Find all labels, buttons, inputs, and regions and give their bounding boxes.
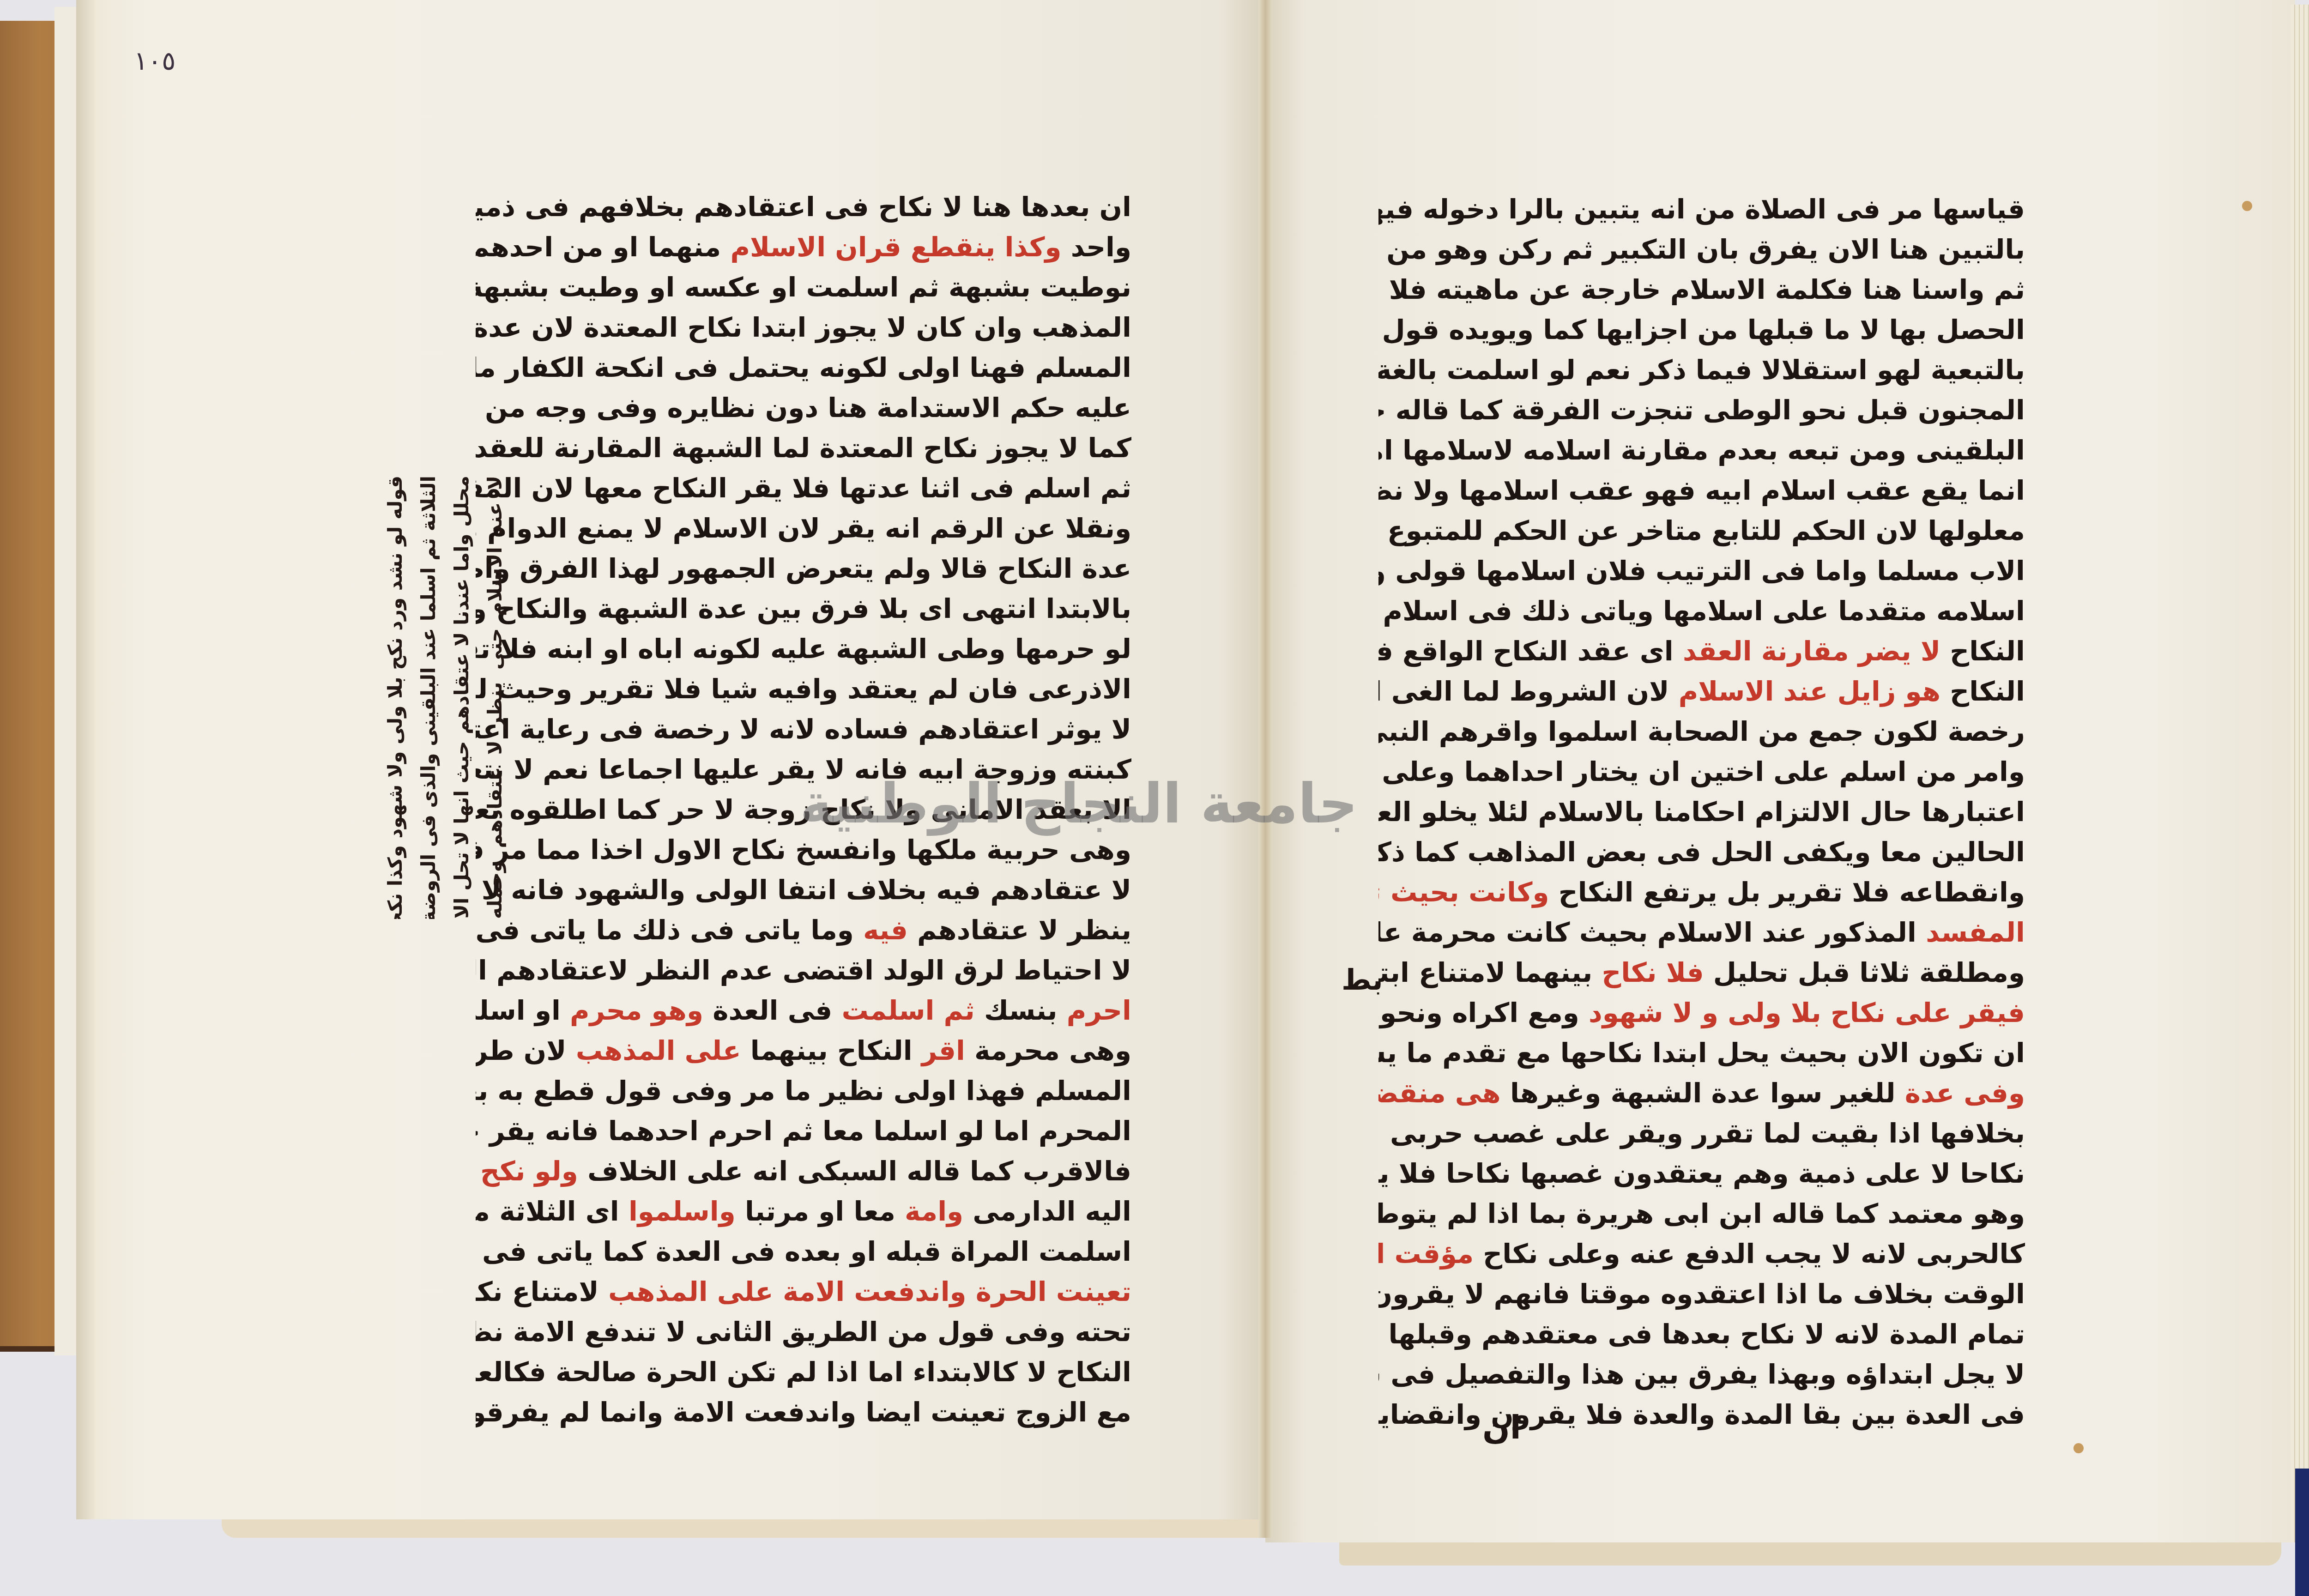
margin-note-line: محلل واما عندنا لا عتقادهم حيث انها لا ت…: [445, 476, 478, 919]
rubric-text: فيه: [863, 914, 908, 946]
margin-note-line: لا عند الاسلام حتى ينظر لا عتقادهم وحمله: [478, 476, 512, 919]
manuscript-line: تعينت الحرة واندفعت الامة على المذهب لام…: [476, 1272, 1131, 1312]
body-text: منهما او من احدهما: [476, 231, 730, 263]
body-text: وهو معتمد كما قاله ابن ابى هريرة بما اذا…: [1378, 1198, 2025, 1229]
manuscript-line: اسلامه متقدما على اسلامها وياتى ذلك فى ا…: [1378, 591, 2025, 631]
body-text: كالحربى لانه لا يجب الدفع عنه وعلى نكاح: [1474, 1238, 2025, 1270]
body-text: المجنون قبل نحو الوطى تنجزت الفرقة كما ق…: [1378, 394, 2025, 426]
body-text: وامر من اسلم على اختين ان يختار احداهما …: [1378, 756, 2025, 787]
margin-mark: بط: [1342, 963, 1383, 997]
body-text: لا عتقادهم فيه بخلاف انتفا الولى والشهود…: [476, 874, 1131, 906]
manuscript-line: اسلمت المراة قبله او بعده فى العدة كما ي…: [476, 1232, 1131, 1272]
book-stand: [2295, 1469, 2309, 1596]
manuscript-line: اليه الدارمى وامة معا او مرتبا واسلموا ا…: [476, 1191, 1131, 1232]
body-text: البلقينى ومن تبعه بعدم مقارنة اسلامه لاس…: [1378, 435, 2025, 466]
body-text: ينظر لا عتقادهم: [908, 914, 1131, 946]
rubric-text: لا شهود: [1589, 997, 1692, 1028]
body-text: فالاقرب كما قاله السبكى انه على الخلاف: [578, 1155, 1131, 1187]
body-text: اى عقد النكاح الواقع فى الكفر: [1378, 635, 1683, 667]
body-text: ان بعدها هنا لا نكاح فى اعتقادهم بخلافهم…: [476, 191, 1131, 223]
manuscript-line: الوقت بخلاف ما اذا اعتقدوه موقتا فانهم ل…: [1378, 1274, 2025, 1314]
body-text: الاذرعى فان لم يعتقد وافيه شيا فلا تقرير…: [476, 673, 1131, 705]
body-text: [1692, 997, 1702, 1028]
rubric-text: وامة: [905, 1196, 963, 1227]
manuscript-line: ونقلا عن الرقم انه يقر لان الاسلام لا يم…: [476, 508, 1131, 549]
manuscript-line: النكاح هو زايل عند الاسلام لان الشروط لم…: [1378, 671, 2025, 712]
manuscript-line: المسلم فهنا اولى لكونه يحتمل فى انكحة ال…: [476, 348, 1131, 388]
manuscript-line: انما يقع عقب اسلام ابيه فهو عقب اسلامها …: [1378, 471, 2025, 511]
body-text: للغير سوا عدة الشبهة وغيرها: [1501, 1077, 1905, 1109]
body-text: نوطيت بشبهة ثم اسلمت او عكسه او وطيت بشب…: [476, 272, 1131, 303]
right-fore-edge: [2291, 5, 2309, 1542]
body-text: النكاح: [1940, 676, 2025, 707]
body-text: لا يوثر اعتقادهم فساده لانه لا رخصة فى ر…: [476, 713, 1131, 745]
body-text: واحد: [1062, 231, 1131, 263]
body-text: لو حرمها وطى الشبهة عليه لكونه اباه او ا…: [476, 633, 1131, 665]
manuscript-line: تمام المدة لانه لا نكاح بعدها فى معتقدهم…: [1378, 1314, 2025, 1354]
rubric-text: فيقر على نكاح بلا ولى و: [1702, 997, 2025, 1028]
rubric-text: هى منقضية عند الاسلام: [1378, 1077, 1501, 1109]
body-text: ونقلا عن الرقم انه يقر لان الاسلام لا يم…: [476, 513, 1131, 544]
left-page-outer-edge: [76, 0, 95, 1519]
body-text: الحصل بها لا ما قبلها من اجزايها كما ويو…: [1378, 314, 2025, 345]
body-text: النكاح: [1940, 635, 2025, 667]
rubric-text: وفى عدة: [1905, 1077, 2025, 1109]
manuscript-line: المفسد المذكور عند الاسلام بحيث كانت محر…: [1378, 913, 2025, 953]
manuscript-line: عليه حكم الاستدامة هنا دون نظايره وفى وج…: [476, 388, 1131, 428]
body-text: اليه الدارمى: [963, 1196, 1131, 1227]
manuscript-line: المجنون قبل نحو الوطى تنجزت الفرقة كما ق…: [1378, 390, 2025, 430]
body-text: عدة النكاح قالا ولم يتعرض الجمهور لهذا ا…: [476, 553, 1131, 584]
manuscript-line: الحالين معا ويكفى الحل فى بعض المذاهب كم…: [1378, 832, 2025, 872]
body-text: بالتبين هنا الان يفرق بان التكبير ثم ركن…: [1378, 234, 2025, 265]
rubric-text: فلا نكاح: [1602, 957, 1704, 988]
manuscript-line: نوطيت بشبهة ثم اسلمت او عكسه او وطيت بشب…: [476, 267, 1131, 308]
body-text: وهى محرمة: [965, 1035, 1131, 1066]
manuscript-line: فالاقرب كما قاله السبكى انه على الخلاف و…: [476, 1151, 1131, 1191]
manuscript-line: ينظر لا عتقادهم فيه وما ياتى فى ذلك ما ي…: [476, 910, 1131, 950]
rubric-text: ثم اسلمت: [842, 995, 975, 1026]
body-text: انما يقع عقب اسلام ابيه فهو عقب اسلامها …: [1378, 475, 2025, 506]
manuscript-line: وفى عدة للغير سوا عدة الشبهة وغيرها هى م…: [1378, 1073, 2025, 1113]
body-text: رخصة لكون جمع من الصحابة اسلموا واقرهم ا…: [1378, 716, 2025, 747]
body-text: الوقت بخلاف ما اذا اعتقدوه موقتا فانهم ل…: [1378, 1278, 2025, 1310]
body-text: النكاح بينهما: [741, 1035, 922, 1066]
rubric-text: تعينت الحرة واندفعت الامة على المذهب: [608, 1276, 1131, 1307]
manuscript-line: لو حرمها وطى الشبهة عليه لكونه اباه او ا…: [476, 629, 1131, 669]
manuscript-line: وانقطاعه فلا تقرير بل يرتفع النكاح وكانت…: [1378, 872, 2025, 913]
body-text: المسلم فهذا اولى نظير ما مر وفى قول قطع …: [476, 1075, 1131, 1106]
rubric-text: اقر: [922, 1035, 965, 1066]
manuscript-line: معلولها لان الحكم للتابع متاخر عن الحكم …: [1378, 511, 2025, 551]
body-text: بالابتدا انتهى اى بلا فرق بين عدة الشبهة…: [476, 593, 1131, 624]
foxing-spot: [2073, 1443, 2084, 1453]
body-text: او اسلمت ثم احرمت ثم اسلم فى العدة: [476, 995, 570, 1026]
manuscript-line: ثم اسلم فى اثنا عدتها فلا يقر النكاح معه…: [476, 468, 1131, 508]
folio-number: ١٠٥: [134, 46, 175, 76]
manuscript-line: لا يجل ابتداؤه وبهذا يفرق بين هذا والتفص…: [1378, 1354, 2025, 1395]
manuscript-line: الاذرعى فان لم يعتقد وافيه شيا فلا تقرير…: [476, 669, 1131, 709]
marginal-gloss: قوله لو نشد ورد نكح بلا ولى ولا شهود وكذ…: [379, 476, 517, 919]
body-text: ان تكون الان بحيث يحل ابتدا نكاحها مع تق…: [1378, 1037, 2025, 1069]
manuscript-line: قياسها مر فى الصلاة من انه يتبين بالرا د…: [1378, 189, 2025, 230]
body-text: لان طرو الاحرام غير مؤثر فى نكاح: [476, 1035, 576, 1066]
flyleaf-edge: [54, 7, 79, 1355]
manuscript-line: تحته وفى قول من الطريق الثانى لا تندفع ا…: [476, 1312, 1131, 1352]
catchword: ان: [1482, 1409, 1521, 1446]
body-text: الاب مسلما واما فى الترتيب فلان اسلامها …: [1378, 555, 2025, 586]
manuscript-line: المحرم اما لو اسلما معا ثم احرم احدهما ف…: [476, 1111, 1131, 1151]
manuscript-line: النكاح لا كالابتداء اما اذا لم تكن الحرة…: [476, 1352, 1131, 1392]
body-text: اعتبارها حال الالتزام احكامنا بالاسلام ل…: [1378, 796, 2025, 828]
manuscript-line: بالابتدا انتهى اى بلا فرق بين عدة الشبهة…: [476, 589, 1131, 629]
manuscript-line: نكاحا لا على ذمية وهم يعتقدون غصبها نكاح…: [1378, 1154, 2025, 1194]
manuscript-line: رخصة لكون جمع من الصحابة اسلموا واقرهم ا…: [1378, 712, 2025, 752]
manuscript-line: لا يوثر اعتقادهم فساده لانه لا رخصة فى ر…: [476, 709, 1131, 750]
body-text: المحرم اما لو اسلما معا ثم احرم احدهما ف…: [476, 1115, 1131, 1147]
body-text: ومطلقة ثلاثا قبل تحليل: [1704, 957, 2025, 988]
body-text: تمام المدة لانه لا نكاح بعدها فى معتقدهم…: [1378, 1318, 2025, 1350]
manuscript-line: بخلافها اذا بقيت لما تقرر ويقر على غصب ح…: [1378, 1113, 2025, 1154]
body-text: اسلمت المراة قبله او بعده فى العدة كما ي…: [476, 1236, 1131, 1267]
manuscript-line: وهو معتمد كما قاله ابن ابى هريرة بما اذا…: [1378, 1194, 2025, 1234]
margin-note-line: الثلاثة ثم اسلما عند البلقينى والذى فى ا…: [412, 476, 445, 919]
manuscript-line: فى العدة بين بقا المدة والعدة فلا يقرون …: [1378, 1395, 2025, 1435]
manuscript-line: مع الزوج تعينت ايضا واندفعت الامة وانما …: [476, 1392, 1131, 1433]
manuscript-line: وهى محرمة اقر النكاح بينهما على المذهب ل…: [476, 1031, 1131, 1071]
body-text: الحالين معا ويكفى الحل فى بعض المذاهب كم…: [1378, 836, 2025, 868]
manuscript-line: لا احتياط لرق الولد اقتضى عدم النظر لاعت…: [476, 950, 1131, 991]
body-text: المسلم فهنا اولى لكونه يحتمل فى انكحة ال…: [476, 352, 1131, 383]
manuscript-line: ان تكون الان بحيث يحل ابتدا نكاحها مع تق…: [1378, 1033, 2025, 1073]
manuscript-line: بالتبين هنا الان يفرق بان التكبير ثم ركن…: [1378, 230, 2025, 270]
rubric-text: على المذهب: [576, 1035, 741, 1066]
body-text: كما لا يجوز نكاح المعتدة لما الشبهة المق…: [476, 432, 1131, 464]
rubric-text: ولو نكح حرة: [476, 1155, 578, 1187]
manuscript-line: المسلم فهذا اولى نظير ما مر وفى قول قطع …: [476, 1071, 1131, 1111]
rubric-text: واسلموا: [629, 1196, 736, 1227]
rubric-text: وهو محرم: [570, 995, 703, 1026]
manuscript-line: النكاح لا يضر مقارنة العقد اى عقد النكاح…: [1378, 631, 2025, 671]
manuscript-line: وامر من اسلم على اختين ان يختار احداهما …: [1378, 752, 2025, 792]
rubric-text: احرم: [1067, 995, 1131, 1026]
body-text: اى الثلاثة معا ولو قبل وطى او: [476, 1196, 629, 1227]
body-text: قياسها مر فى الصلاة من انه يتبين بالرا د…: [1378, 193, 2025, 225]
body-text: اسلامه متقدما على اسلامها وياتى ذلك فى ا…: [1378, 595, 2025, 627]
body-text: المذهب وان كان لا يجوز ابتدا نكاح المعتد…: [476, 312, 1131, 343]
body-text: بينهما لامتناع ابتدايه اذا تقرر ذلك: [1378, 957, 1602, 988]
manuscript-line: اعتبارها حال الالتزام احكامنا بالاسلام ل…: [1378, 792, 2025, 832]
manuscript-line: واحد وكذا ينقطع قران الاسلام منهما او من…: [476, 227, 1131, 267]
rubric-text: هو زايل عند الاسلام: [1679, 676, 1940, 707]
rubric-text: المفسد: [1926, 917, 2025, 948]
manuscript-line: احرم بنسك ثم اسلمت فى العدة وهو محرم او …: [476, 991, 1131, 1031]
body-text: بنسك: [975, 995, 1067, 1026]
manuscript-line: بالتبعية لهو استقلالا فيما ذكر نعم لو اس…: [1378, 350, 2025, 390]
body-text: معا او مرتبا: [736, 1196, 905, 1227]
body-text: لامتناع نكاحها مع وجود حرة صالحة: [476, 1276, 608, 1307]
body-text: لا احتياط لرق الولد اقتضى عدم النظر لاعت…: [476, 955, 1131, 986]
body-text: النكاح لا كالابتداء اما اذا لم تكن الحرة…: [476, 1356, 1131, 1388]
watermark: جامعة النجاح الوطنية: [1062, 767, 1358, 840]
body-text: ومع اكراه ونحوه لحل نكاحها الان فالضابط: [1378, 997, 1589, 1028]
body-text: بخلافها اذا بقيت لما تقرر ويقر على غصب ح…: [1378, 1118, 2025, 1149]
manuscript-line: ان بعدها هنا لا نكاح فى اعتقادهم بخلافهم…: [476, 187, 1131, 227]
rubric-text: وكانت بحيث تحل له الان وان بقى: [1378, 877, 1549, 908]
body-text: نكاحا لا على ذمية وهم يعتقدون غصبها نكاح…: [1378, 1158, 2025, 1189]
manuscript-line: كالحربى لانه لا يجب الدفع عنه وعلى نكاح …: [1378, 1234, 2025, 1274]
rubric-text: وكذا ينقطع قران الاسلام: [730, 231, 1061, 263]
body-text: ثم اسلم فى اثنا عدتها فلا يقر النكاح معه…: [476, 472, 1131, 504]
body-text: تحته وفى قول من الطريق الثانى لا تندفع ا…: [476, 1316, 1131, 1348]
body-text: ثم واسنا هنا فكلمة الاسلام خارجة عن ماهي…: [1378, 274, 2025, 305]
margin-note-line: قوله لو نشد ورد نكح بلا ولى ولا شهود وكذ…: [379, 476, 412, 919]
manuscript-line: الاب مسلما واما فى الترتيب فلان اسلامها …: [1378, 551, 2025, 591]
manuscript-line: كما لا يجوز نكاح المعتدة لما الشبهة المق…: [476, 428, 1131, 468]
body-text: بالتبعية لهو استقلالا فيما ذكر نعم لو اس…: [1378, 354, 2025, 386]
body-text: لان الشروط لما الغى اعتبارها حال نكاح ال…: [1378, 676, 1679, 707]
body-text: معلولها لان الحكم للتابع متاخر عن الحكم …: [1378, 515, 2025, 546]
rubric-text: مؤقت ان اعتقدوه مؤبدا: [1378, 1238, 1474, 1270]
manuscript-line: عدة النكاح قالا ولم يتعرض الجمهور لهذا ا…: [476, 549, 1131, 589]
body-text: مع الزوج تعينت ايضا واندفعت الامة وانما …: [476, 1396, 1131, 1428]
body-text: عليه حكم الاستدامة هنا دون نظايره وفى وج…: [476, 392, 1131, 423]
manuscript-line: ثم واسنا هنا فكلمة الاسلام خارجة عن ماهي…: [1378, 270, 2025, 310]
manuscript-line: ومطلقة ثلاثا قبل تحليل فلا نكاح بينهما ل…: [1378, 953, 2025, 993]
manuscript-line: المذهب وان كان لا يجوز ابتدا نكاح المعتد…: [476, 308, 1131, 348]
body-text: لا يجل ابتداؤه وبهذا يفرق بين هذا والتفص…: [1378, 1359, 2025, 1390]
manuscript-line: الحصل بها لا ما قبلها من اجزايها كما ويو…: [1378, 310, 2025, 350]
body-text: وانقطاعه فلا تقرير بل يرتفع النكاح: [1549, 877, 2025, 908]
body-text: فى العدة بين بقا المدة والعدة فلا يقرون …: [1378, 1399, 2025, 1430]
manuscript-line: لا عتقادهم فيه بخلاف انتفا الولى والشهود…: [476, 870, 1131, 910]
foxing-spot: [2242, 201, 2252, 211]
manuscript-line: فيقر على نكاح بلا ولى و لا شهود ومع اكرا…: [1378, 993, 2025, 1033]
body-text: فى العدة: [703, 995, 841, 1026]
body-text: وما ياتى فى ذلك ما ياتى فى لها منه لا مك…: [476, 914, 863, 946]
body-text: المذكور عند الاسلام بحيث كانت محرمة عليه…: [1378, 917, 1926, 948]
manuscript-line: البلقينى ومن تبعه بعدم مقارنة اسلامه لاس…: [1378, 430, 2025, 471]
right-page-text-block: قياسها مر فى الصلاة من انه يتبين بالرا د…: [1378, 189, 2025, 1435]
rubric-text: لا يضر مقارنة العقد: [1683, 635, 1940, 667]
